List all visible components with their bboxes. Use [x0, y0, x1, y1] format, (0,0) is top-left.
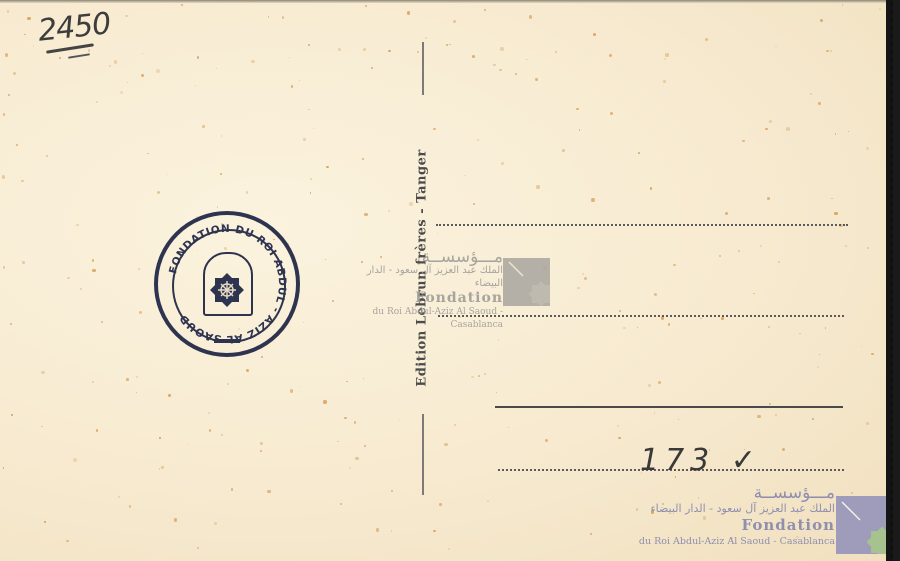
watermark-arabic-subtitle: الملك عبد العزيز آل سعود - الدار البيضاء — [340, 264, 503, 290]
perforation-teeth — [883, 0, 893, 561]
foundation-watermark-bottom: مـــؤسســة الملك عبد العزيز آل سعود - ال… — [620, 486, 835, 549]
center-divider-top — [422, 42, 424, 95]
handwritten-catalog-number: 173 ✓ — [640, 443, 762, 478]
foundation-watermark-center: مـــؤسســة الملك عبد العزيز آل سعود - ال… — [340, 251, 503, 332]
postcard-back: 2450 FONDATION DU ROI ABDUL - AZIZ AL SA… — [0, 0, 893, 561]
watermark-arabic-subtitle: الملك عبد العزيز آل سعود - الدار البيضاء — [620, 501, 835, 516]
foundation-logo-icon — [503, 258, 550, 306]
address-line-3 — [495, 406, 843, 408]
watermark-french-subtitle: du Roi Abdul-Aziz Al Saoud - Casablanca — [340, 306, 503, 332]
address-line-1 — [436, 224, 848, 226]
watermark-arabic-title: مـــؤسســة — [340, 251, 503, 264]
watermark-french-title: Fondation — [620, 516, 835, 534]
handwritten-underline — [68, 53, 90, 58]
watermark-arabic-title: مـــؤسســة — [620, 486, 835, 501]
handwritten-reference-number: 2450 — [36, 6, 112, 48]
scan-top-edge — [0, 0, 893, 3]
watermark-french-title: Fondation — [340, 290, 503, 306]
octagram-star-icon — [208, 271, 246, 309]
foundation-ink-stamp: FONDATION DU ROI ABDUL - AZIZ AL SAOUD — [154, 211, 300, 357]
watermark-french-subtitle: du Roi Abdul-Aziz Al Saoud - Casablanca — [620, 534, 835, 549]
center-divider-bottom — [422, 414, 424, 495]
